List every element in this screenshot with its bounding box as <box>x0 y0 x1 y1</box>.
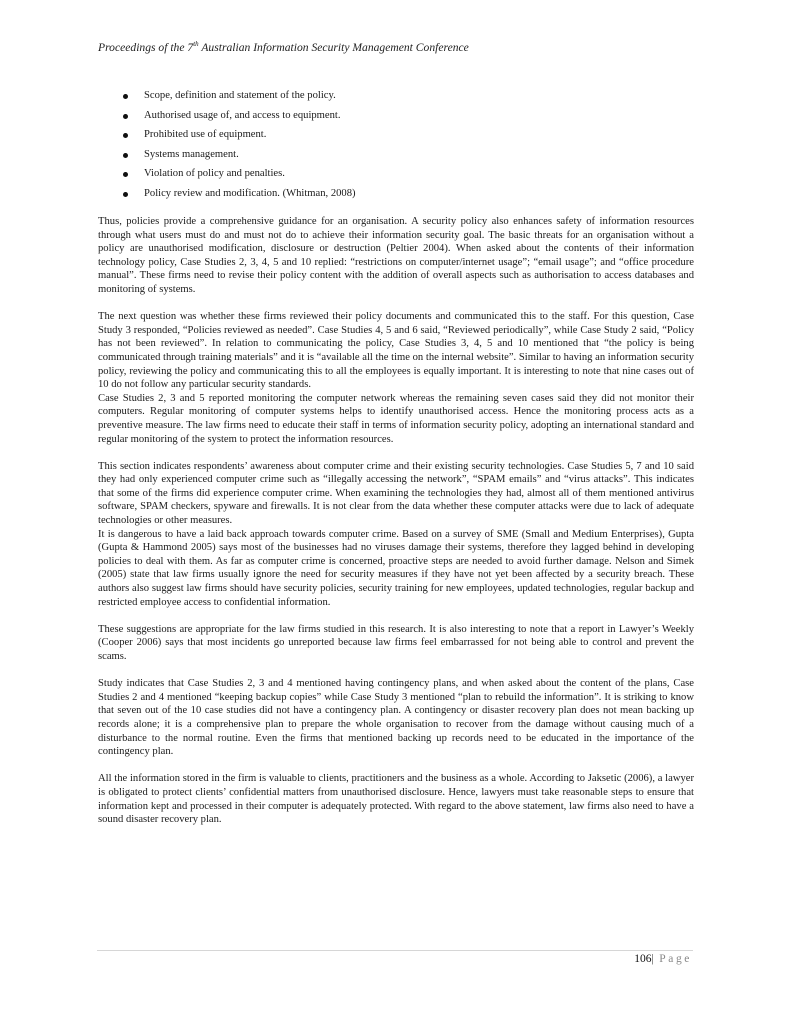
bullet-icon <box>123 192 128 197</box>
page-number-value: 106 <box>634 953 651 965</box>
running-header: Proceedings of the 7th Australian Inform… <box>98 41 469 54</box>
paragraph-computer-crime: This section indicates respondents’ awar… <box>98 460 694 528</box>
list-item: Prohibited use of equipment. <box>126 127 356 147</box>
policy-components-list: Scope, definition and statement of the p… <box>126 88 356 206</box>
paragraph-monitoring: Case Studies 2, 3 and 5 reported monitor… <box>98 392 694 446</box>
header-suffix: Australian Information Security Manageme… <box>199 41 469 54</box>
bullet-icon <box>123 133 128 138</box>
paragraph-contingency-plans: Study indicates that Case Studies 2, 3 a… <box>98 677 694 759</box>
list-item: Policy review and modification. (Whitman… <box>126 186 356 206</box>
list-item: Systems management. <box>126 147 356 167</box>
bullet-icon <box>123 153 128 158</box>
footer-divider <box>97 950 693 951</box>
bullet-icon <box>123 94 128 99</box>
paragraph-suggestions: These suggestions are appropriate for th… <box>98 623 694 664</box>
bullet-icon <box>123 172 128 177</box>
list-item: Authorised usage of, and access to equip… <box>126 108 356 128</box>
paragraph-laid-back-approach: It is dangerous to have a laid back appr… <box>98 528 694 610</box>
paragraph-disaster-recovery: All the information stored in the firm i… <box>98 772 694 826</box>
page-number: 106| Page <box>634 953 692 965</box>
header-prefix: Proceedings of the 7 <box>98 41 193 54</box>
paragraph-policy-review: The next question was whether these firm… <box>98 310 694 392</box>
bullet-icon <box>123 114 128 119</box>
paragraph-policy-guidance: Thus, policies provide a comprehensive g… <box>98 215 694 297</box>
page-label: Page <box>654 953 692 965</box>
body-text: Thus, policies provide a comprehensive g… <box>98 215 694 827</box>
list-item: Scope, definition and statement of the p… <box>126 88 356 108</box>
list-item: Violation of policy and penalties. <box>126 166 356 186</box>
